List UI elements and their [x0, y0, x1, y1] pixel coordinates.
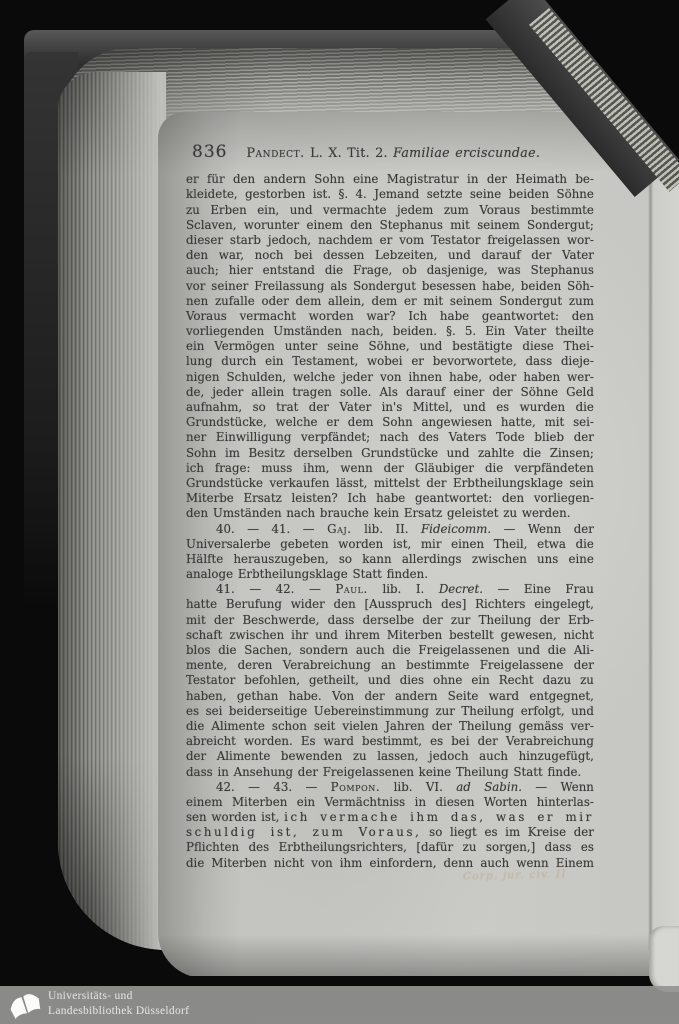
text-segment: mente, deren Verabreichung an bestimmte … — [186, 658, 594, 672]
text-line: Pflichten des Erbtheilungsrichters, [daf… — [186, 840, 594, 855]
text-segment: der Alimente bewenden zu lassen, jedoch … — [186, 749, 594, 763]
text-segment: Pompon. — [331, 780, 381, 794]
text-line: vorliegenden Umständen nach, beiden. §. … — [186, 324, 594, 339]
text-segment: Pflichten des Erbtheilungsrichters, [daf… — [186, 840, 594, 854]
text-line: ein Vermögen unter seine Söhne, und best… — [186, 339, 594, 354]
text-line: der Alimente bewenden zu lassen, jedoch … — [186, 749, 594, 764]
text-segment: es sei beiderseitige Uebereinstimmung zu… — [186, 704, 594, 718]
page-text: 836 Pandect. L. X. Tit. 2. Familiae erci… — [186, 145, 622, 172]
text-segment: schaft zwischen ihr und ihrem Miterben b… — [186, 628, 594, 642]
text-segment: den Umständen nach brauche kein Ersatz g… — [186, 506, 570, 520]
text-segment: einem Miterben ein Vermächtniss in diese… — [186, 795, 594, 809]
text-segment: zu Erben ein, und vermachte jedem zum Vo… — [186, 203, 594, 217]
text-line: Miterbe Ersatz leisten? Ich habe geantwo… — [186, 491, 594, 506]
text-line: den war, noch bei dessen Lebzeiten, und … — [186, 248, 594, 263]
text-segment: lib. I. — [368, 582, 439, 596]
text-segment: Gaj. — [327, 522, 352, 536]
text-segment: Grundstücke verkaufen lässt, mittelst de… — [186, 476, 594, 490]
running-title: Pandect. L. X. Tit. 2. Familiae erciscun… — [246, 145, 540, 160]
paragraph: 40. — 41. — Gaj. lib. II. Fideicomm. — W… — [186, 522, 594, 583]
text-line: blos die Sachen, sondern auch die Freige… — [186, 643, 594, 658]
text-line: auch; hier entstand die Frage, ob dasjen… — [186, 263, 594, 278]
next-page-edge — [653, 145, 679, 960]
text-segment: Sohn im Besitz derselben Grundstücke und… — [186, 446, 594, 460]
text-segment: Paul. — [335, 582, 368, 596]
text-segment: so liegt es im Kreise der — [421, 825, 593, 839]
library-name-line2: Landesbibliothek Düsseldorf — [48, 1004, 189, 1019]
page-edges-left — [58, 72, 166, 950]
text-segment: de, jeder allein tragen solle. Als darau… — [186, 385, 594, 399]
text-segment: mit der Beschwerde, dass derselbe der zu… — [186, 613, 594, 627]
text-line: Hälfte herauszugeben, so kann allerdings… — [186, 552, 594, 567]
body-text: er für den andern Sohn eine Magistratur … — [186, 172, 594, 871]
text-segment: blos die Sachen, sondern auch die Freige… — [186, 643, 594, 657]
text-segment: dieser starb jedoch, nachdem er vom Test… — [186, 233, 594, 247]
running-title-work: Pandect. — [246, 145, 304, 160]
library-watermark-bar: Universitäts- und Landesbibliothek Düsse… — [0, 986, 679, 1024]
text-segment: haben, gethan habe. Von der andern Seite… — [186, 689, 594, 703]
text-segment: die Alimente schon seit vielen Jahren de… — [186, 719, 594, 733]
text-line: 42. — 43. — Pompon. lib. VI. ad Sabin. —… — [186, 780, 594, 795]
text-segment: die Miterben nicht von ihm einfordern, d… — [186, 856, 594, 870]
book-scan: Corp. jur. civ. II 836 Pandect. L. X. Ti… — [0, 0, 679, 1024]
text-line: kleidete, gestorben ist. §. 4. Jemand se… — [186, 187, 594, 202]
text-segment: — Wenn der — [491, 522, 594, 536]
text-line: dass in Ansehung der Freigelassenen kein… — [186, 765, 594, 780]
text-line: die Alimente schon seit vielen Jahren de… — [186, 719, 594, 734]
text-line: schuldig ist, zum Voraus, so liegt es im… — [186, 825, 594, 840]
text-segment: — Wenn — [522, 780, 594, 794]
text-line: Sclaven, worunter einem den Stephanus mi… — [186, 218, 594, 233]
text-segment: sen worden ist, — [186, 810, 284, 824]
text-segment: nen zufalle oder dem allein, dem er mit … — [186, 294, 594, 308]
text-line: einem Miterben ein Vermächtniss in diese… — [186, 795, 594, 810]
text-segment: analoge Erbtheilungsklage Statt finden. — [186, 567, 428, 581]
text-line: vor seiner Freilassung als Sondergut bes… — [186, 279, 594, 294]
text-line: de, jeder allein tragen solle. Als darau… — [186, 385, 594, 400]
running-title-citation: L. X. Tit. 2. — [305, 145, 393, 160]
page-header: 836 Pandect. L. X. Tit. 2. Familiae erci… — [192, 145, 622, 160]
text-segment: Sclaven, worunter einem den Stephanus mi… — [186, 218, 594, 232]
text-segment: Grundstücke, welche er dem Sohn angewies… — [186, 415, 594, 429]
text-segment: ich vermache ihm das, was er mir — [284, 810, 594, 824]
text-segment: ner Einwilligung verpfändet; nach des Va… — [186, 430, 594, 444]
text-line: 41. — 42. — Paul. lib. I. Decret. — Eine… — [186, 582, 594, 597]
text-segment: ein Vermögen unter seine Söhne, und best… — [186, 339, 594, 353]
text-line: hatte Berufung wider den [Ausspruch des]… — [186, 597, 594, 612]
text-segment: den war, noch bei dessen Lebzeiten, und … — [186, 248, 594, 262]
text-line: abreicht worden. Es ward bestimmt, es be… — [186, 734, 594, 749]
running-title-latin: Familiae erciscundae. — [393, 145, 540, 160]
text-line: Grundstücke, welche er dem Sohn angewies… — [186, 415, 594, 430]
text-segment: lung durch ein Testament, wobei er bevor… — [186, 354, 594, 368]
text-segment: Miterbe Ersatz leisten? Ich habe geantwo… — [186, 491, 594, 505]
text-segment: Universalerbe gebeten worden ist, mir ei… — [186, 537, 594, 551]
paragraph: er für den andern Sohn eine Magistratur … — [186, 172, 594, 521]
text-segment: 42. — 43. — — [216, 780, 331, 794]
text-line: ich frage: muss ihm, wenn der Gläubiger … — [186, 461, 594, 476]
text-segment: abreicht worden. Es ward bestimmt, es be… — [186, 734, 594, 748]
text-segment: 40. — 41. — — [216, 522, 327, 536]
text-segment: nigen Schulden, welche jeder von ihnen h… — [186, 370, 594, 384]
text-line: sen worden ist, ich vermache ihm das, wa… — [186, 810, 594, 825]
text-segment: — Eine Frau — [483, 582, 594, 596]
text-line: Testator befohlen, getheilt, und dies oh… — [186, 673, 594, 688]
text-segment: aufnahm, so trat der Vater in's Mittel, … — [186, 400, 594, 414]
text-segment: ad Sabin. — [456, 780, 522, 794]
library-name-line1: Universitäts- und — [48, 989, 189, 1004]
text-line: zu Erben ein, und vermachte jedem zum Vo… — [186, 203, 594, 218]
text-line: es sei beiderseitige Uebereinstimmung zu… — [186, 704, 594, 719]
text-segment: ich frage: muss ihm, wenn der Gläubiger … — [186, 461, 594, 475]
text-line: lung durch ein Testament, wobei er bevor… — [186, 354, 594, 369]
paragraph: 41. — 42. — Paul. lib. I. Decret. — Eine… — [186, 582, 594, 779]
text-segment: Hälfte herauszugeben, so kann allerdings… — [186, 552, 594, 566]
text-segment: Voraus vermacht worden war? Ich habe gea… — [186, 309, 594, 323]
text-line: ner Einwilligung verpfändet; nach des Va… — [186, 430, 594, 445]
text-line: die Miterben nicht von ihm einfordern, d… — [186, 856, 594, 871]
text-segment: vor seiner Freilassung als Sondergut bes… — [186, 279, 594, 293]
text-line: dieser starb jedoch, nachdem er vom Test… — [186, 233, 594, 248]
text-segment: vorliegenden Umständen nach, beiden. §. … — [186, 324, 594, 338]
text-segment: Decret. — [439, 582, 483, 596]
text-line: aufnahm, so trat der Vater in's Mittel, … — [186, 400, 594, 415]
text-segment: auch; hier entstand die Frage, ob dasjen… — [186, 263, 594, 277]
text-line: nigen Schulden, welche jeder von ihnen h… — [186, 370, 594, 385]
text-line: Sohn im Besitz derselben Grundstücke und… — [186, 446, 594, 461]
text-segment: Fideicomm. — [421, 522, 491, 536]
text-line: den Umständen nach brauche kein Ersatz g… — [186, 506, 594, 521]
text-line: Grundstücke verkaufen lässt, mittelst de… — [186, 476, 594, 491]
text-segment: kleidete, gestorben ist. §. 4. Jemand se… — [186, 187, 594, 201]
text-segment: Testator befohlen, getheilt, und dies oh… — [186, 673, 594, 687]
text-line: haben, gethan habe. Von der andern Seite… — [186, 689, 594, 704]
text-line: schaft zwischen ihr und ihrem Miterben b… — [186, 628, 594, 643]
text-line: nen zufalle oder dem allein, dem er mit … — [186, 294, 594, 309]
text-line: analoge Erbtheilungsklage Statt finden. — [186, 567, 594, 582]
text-segment: schuldig ist, zum Voraus, — [186, 825, 421, 839]
page-corner-bottom-right — [649, 926, 679, 992]
text-line: Universalerbe gebeten worden ist, mir ei… — [186, 537, 594, 552]
text-line: Voraus vermacht worden war? Ich habe gea… — [186, 309, 594, 324]
text-line: 40. — 41. — Gaj. lib. II. Fideicomm. — W… — [186, 522, 594, 537]
library-name: Universitäts- und Landesbibliothek Düsse… — [48, 989, 189, 1019]
page-number: 836 — [192, 145, 227, 160]
text-segment: lib. VI. — [380, 780, 456, 794]
text-line: mente, deren Verabreichung an bestimmte … — [186, 658, 594, 673]
text-segment: 41. — 42. — — [216, 582, 335, 596]
paragraph: 42. — 43. — Pompon. lib. VI. ad Sabin. —… — [186, 780, 594, 871]
text-segment: lib. II. — [352, 522, 421, 536]
text-line: mit der Beschwerde, dass derselbe der zu… — [186, 613, 594, 628]
text-segment: dass in Ansehung der Freigelassenen kein… — [186, 765, 581, 779]
text-segment: hatte Berufung wider den [Ausspruch des]… — [186, 597, 594, 611]
text-line: er für den andern Sohn eine Magistratur … — [186, 172, 594, 187]
text-segment: er für den andern Sohn eine Magistratur … — [186, 172, 594, 186]
